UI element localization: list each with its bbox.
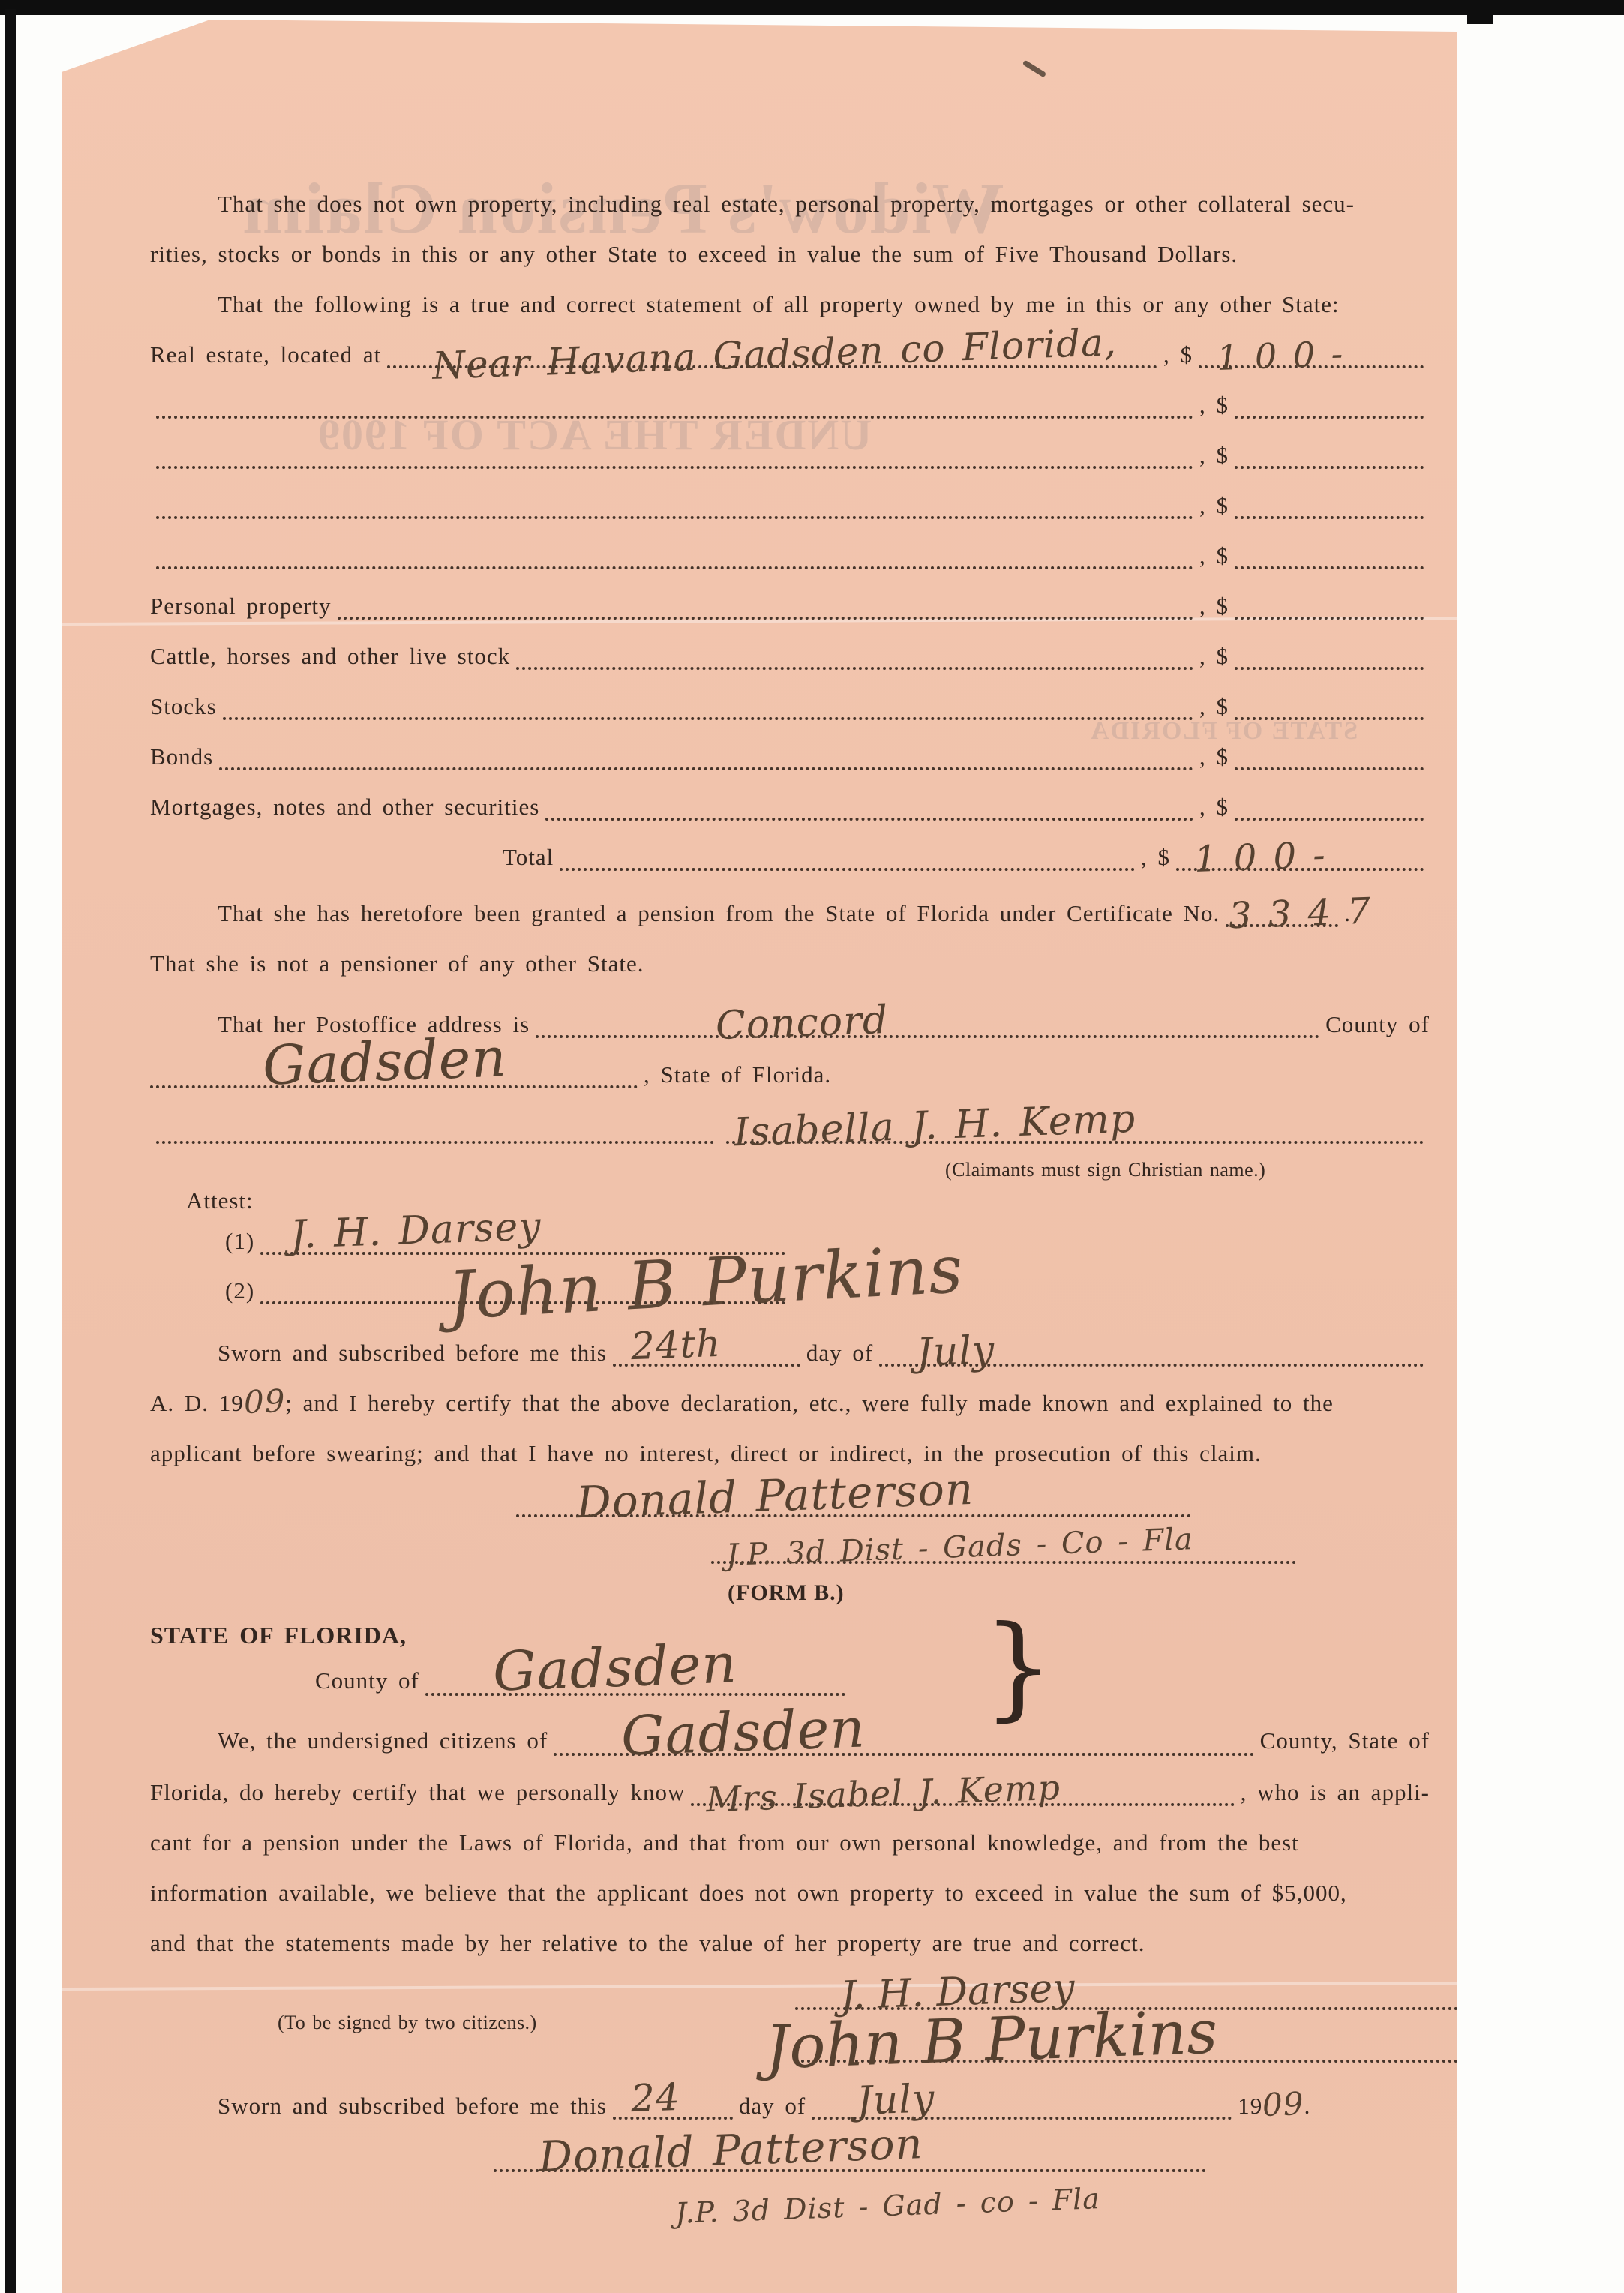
declaration-line-2: rities, stocks or bonds in this or any o… (150, 229, 1430, 279)
certificate-statement-row: That she has heretofore been granted a p… (150, 888, 1430, 938)
blank-money-row: , $ (150, 380, 1430, 430)
citizens-county-line: Gadsden (554, 1753, 1253, 1756)
form-b-county-label: County of (315, 1655, 419, 1707)
county-state-row: Gadsden , State of Florida. (150, 1049, 1430, 1100)
property-row-personal: Personal property , $ (150, 581, 1430, 631)
officer-title-row-1: J.P. 3d Dist - Gads - Co - Fla (150, 1529, 1430, 1575)
sworn-month-handwriting: July (916, 1331, 995, 1373)
citizen-2-line: John B Purkins (795, 2060, 1500, 2063)
officer-signature-row-1: Donald Patterson (150, 1478, 1430, 1529)
property-dotted-line (219, 767, 1193, 770)
property-label: Cattle, horses and other live stock (150, 631, 510, 681)
pension-form-page: Widow's Pension Claim UNDER THE ACT OF 1… (62, 20, 1457, 2293)
form-b-county-line: Gadsden (425, 1693, 845, 1696)
applicant-name-handwriting: Mrs Isabel J. Kemp (706, 1770, 1061, 1817)
declaration-line-1: That she does not own property, includin… (150, 179, 1430, 229)
property-label: Stocks (150, 681, 217, 731)
property-amount-line (1235, 667, 1424, 670)
sworn-day-handwriting: 24th (630, 1325, 722, 1365)
real-estate-label: Real estate, located at (150, 329, 381, 380)
blank-money-row: , $ (150, 430, 1430, 480)
statement-intro-text: That the following is a true and correct… (218, 279, 1340, 329)
citizens-cert-lead: We, the undersigned citizens of (218, 1715, 548, 1767)
blank-amount-line (1235, 466, 1424, 469)
citizen-signatures-block: (To be signed by two citizens.) J. H. Da… (150, 1968, 1430, 2081)
witness-2-line: John B Purkins (260, 1301, 785, 1304)
sworn-period-2: . (1304, 2081, 1311, 2131)
blank-dotted-line (156, 566, 1193, 569)
sworn-month-line: July (879, 1364, 1424, 1367)
sworn-day-line: 24th (613, 1364, 800, 1367)
dollar-sign: , $ (1199, 731, 1229, 782)
dollar-sign: , $ (1163, 329, 1193, 380)
citizens-cert-text: information available, we believe that t… (150, 1868, 1347, 1918)
county-dotted-line: Gadsden (150, 1085, 638, 1088)
ad-year-row: A. D. 19 09 ; and I hereby certify that … (150, 1378, 1430, 1428)
dollar-sign: , $ (1199, 530, 1229, 581)
ad-rest-text: ; and I hereby certify that the above de… (285, 1378, 1334, 1428)
scanner-left-edge (5, 9, 16, 2293)
officer-signature-handwriting: Donald Patterson (575, 1467, 974, 1524)
total-amount-handwriting: 1 0 0 - (1193, 837, 1326, 878)
dollar-sign: , $ (1141, 832, 1170, 882)
property-label: Mortgages, notes and other securities (150, 782, 539, 832)
property-amount-line (1235, 818, 1424, 821)
officer-title-row-2: J.P. 3d Dist - Gad - co - Fla (150, 2183, 1430, 2228)
dollar-sign: , $ (1199, 681, 1229, 731)
citizens-cert-line-4: information available, we believe that t… (150, 1868, 1430, 1918)
citizens-know-tail: , who is an appli- (1241, 1767, 1430, 1817)
real-estate-amount-handwriting: 1 0 0 - (1216, 336, 1344, 375)
dollar-sign: , $ (1199, 380, 1229, 430)
state-of-florida-row: STATE OF FLORIDA, (150, 1616, 1430, 1655)
property-amount-line (1235, 717, 1424, 720)
applicant-name-line: Mrs Isabel J. Kemp (691, 1803, 1234, 1806)
attest-heading: Attest: (186, 1187, 254, 1214)
sworn-month-line-2: July (812, 2117, 1232, 2120)
scanned-document: Widow's Pension Claim UNDER THE ACT OF 1… (0, 0, 1624, 2293)
officer-title-handwriting: J.P. 3d Dist - Gads - Co - Fla (725, 1524, 1193, 1571)
brace-glyph: } (983, 1611, 1055, 1724)
property-amount-line (1235, 617, 1424, 620)
day-of-label: day of (806, 1328, 873, 1378)
sworn-row-2: Sworn and subscribed before me this 24 d… (150, 2081, 1430, 2131)
signature-note-row: (Claimants must sign Christian name.) (150, 1155, 1430, 1185)
total-amount-line: 1 0 0 - (1176, 868, 1424, 871)
declaration-text: rities, stocks or bonds in this or any o… (150, 229, 1238, 279)
postoffice-handwriting: Concord (715, 1001, 889, 1046)
certificate-number-line: 3 3 4 7 (1226, 924, 1338, 927)
blank-dotted-line (156, 516, 1193, 519)
officer-signature-row-2: Donald Patterson (150, 2131, 1430, 2183)
property-row-bonds: Bonds , $ (150, 731, 1430, 782)
state-of-florida-label: , State of Florida. (644, 1049, 831, 1100)
officer-signature-line-2: Donald Patterson (494, 2169, 1206, 2172)
real-estate-dotted-line: Near Havana Gadsden co Florida, (387, 365, 1157, 368)
real-estate-location-handwriting: Near Havana Gadsden co Florida, (432, 323, 1118, 385)
county-handwriting: Gadsden (262, 1030, 508, 1092)
no-other-pension-text: That she is not a pensioner of any other… (150, 938, 644, 989)
certificate-statement-text: That she has heretofore been granted a p… (218, 888, 1220, 938)
sworn-lead-text-2: Sworn and subscribed before me this (218, 2081, 607, 2131)
property-dotted-line (545, 818, 1193, 821)
dollar-sign: , $ (1199, 631, 1229, 681)
sworn-month-handwriting-2: July (856, 2079, 935, 2121)
officer-title-handwriting-2: J.P. 3d Dist - Gad - co - Fla (674, 2176, 1101, 2236)
year-handwriting-2: 09 (1262, 2088, 1305, 2121)
blank-money-row: , $ (150, 480, 1430, 530)
claimant-signature-row: Isabella J. H. Kemp (150, 1100, 1430, 1155)
sworn-day-handwriting-2: 24 (630, 2078, 680, 2117)
dollar-sign: , $ (1199, 581, 1229, 631)
attest-block: (1) J. H. Darsey (2) John B Purkins (150, 1217, 1430, 1316)
blank-dotted-line (156, 466, 1193, 469)
no-other-pension-row: That she is not a pensioner of any other… (150, 938, 1430, 989)
year-prefix-2: 19 (1238, 2081, 1262, 2131)
citizens-cert-line-1: We, the undersigned citizens of Gadsden … (150, 1715, 1430, 1767)
scanner-corner-notch (1467, 3, 1493, 24)
signature-note-text: (Claimants must sign Christian name.) (945, 1159, 1265, 1181)
county-of-label: County of (1325, 999, 1430, 1049)
citizens-cert-text: cant for a pension under the Laws of Flo… (150, 1817, 1299, 1868)
property-dotted-line (516, 667, 1193, 670)
dollar-sign: , $ (1199, 430, 1229, 480)
property-row-mortgages: Mortgages, notes and other securities , … (150, 782, 1430, 832)
scanner-top-bar (0, 0, 1624, 15)
property-row-livestock: Cattle, horses and other live stock , $ (150, 631, 1430, 681)
total-dotted-line (560, 868, 1135, 871)
witness-2-number: (2) (225, 1266, 254, 1316)
statement-intro-line: That the following is a true and correct… (150, 279, 1430, 329)
claimant-signature-handwriting: Isabella J. H. Kemp (733, 1100, 1136, 1153)
blank-amount-line (1235, 516, 1424, 519)
witness-1-number: (1) (225, 1217, 254, 1266)
sworn-day-line-2: 24 (613, 2117, 733, 2120)
no-interest-text: applicant before swearing; and that I ha… (150, 1428, 1262, 1478)
citizens-cert-text: and that the statements made by her rela… (150, 1918, 1145, 1968)
property-dotted-line (223, 717, 1193, 720)
declaration-text: That she does not own property, includin… (218, 179, 1355, 229)
sworn-row-1: Sworn and subscribed before me this 24th… (150, 1328, 1430, 1378)
form-b-heading-row: (FORM B.) (150, 1575, 1430, 1611)
form-content: That she does not own property, includin… (150, 20, 1430, 2228)
postoffice-dotted-line: Concord (536, 1035, 1319, 1038)
ad-lead-text: A. D. 19 (150, 1378, 244, 1428)
officer-signature-handwriting-2: Donald Patterson (538, 2123, 923, 2179)
form-b-heading: (FORM B.) (728, 1580, 845, 1605)
real-estate-row: Real estate, located at Near Havana Gads… (150, 329, 1430, 380)
blank-dotted-line (156, 416, 1193, 419)
real-estate-amount-line: 1 0 0 - (1199, 365, 1424, 368)
citizens-know-lead: Florida, do hereby certify that we perso… (150, 1767, 685, 1817)
dollar-sign: , $ (1199, 782, 1229, 832)
property-row-stocks: Stocks , $ (150, 681, 1430, 731)
property-dotted-line (338, 617, 1193, 620)
blank-amount-line (1235, 566, 1424, 569)
property-amount-line (1235, 767, 1424, 770)
witness-1-signature-handwriting: J. H. Darsey (290, 1207, 542, 1255)
dollar-sign: , $ (1199, 480, 1229, 530)
officer-title-line: J.P. 3d Dist - Gads - Co - Fla (711, 1561, 1296, 1564)
property-label: Bonds (150, 731, 213, 782)
citizens-cert-tail: County, State of (1260, 1715, 1430, 1767)
citizens-note-text: (To be signed by two citizens.) (278, 2012, 537, 2034)
claimant-left-dotted-line (156, 1141, 714, 1144)
witness-2-row: (2) John B Purkins (150, 1266, 1430, 1316)
citizens-cert-line-3: cant for a pension under the Laws of Flo… (150, 1817, 1430, 1868)
citizen-2-signature-handwriting: John B Purkins (764, 2002, 1219, 2078)
citizens-county-handwriting: Gadsden (620, 1700, 866, 1763)
ad-year-handwriting: 09 (243, 1385, 286, 1418)
state-of-florida-heading: STATE OF FLORIDA, (150, 1622, 407, 1649)
sworn-lead-text: Sworn and subscribed before me this (218, 1328, 607, 1378)
blank-money-row: , $ (150, 530, 1430, 581)
form-b-county-handwriting: Gadsden (492, 1636, 738, 1698)
total-row: Total , $ 1 0 0 - (150, 832, 1430, 882)
citizens-cert-line-5: and that the statements made by her rela… (150, 1918, 1430, 1968)
witness-2-signature-handwriting: John B Purkins (447, 1244, 965, 1321)
total-label: Total (503, 832, 554, 882)
citizens-cert-line-2: Florida, do hereby certify that we perso… (150, 1767, 1430, 1817)
claimant-signature-line: Isabella J. H. Kemp (726, 1141, 1424, 1144)
property-label: Personal property (150, 581, 332, 631)
blank-amount-line (1235, 416, 1424, 419)
certificate-number-handwriting: 3 3 4 7 (1228, 893, 1371, 935)
officer-signature-line: Donald Patterson (516, 1514, 1191, 1517)
